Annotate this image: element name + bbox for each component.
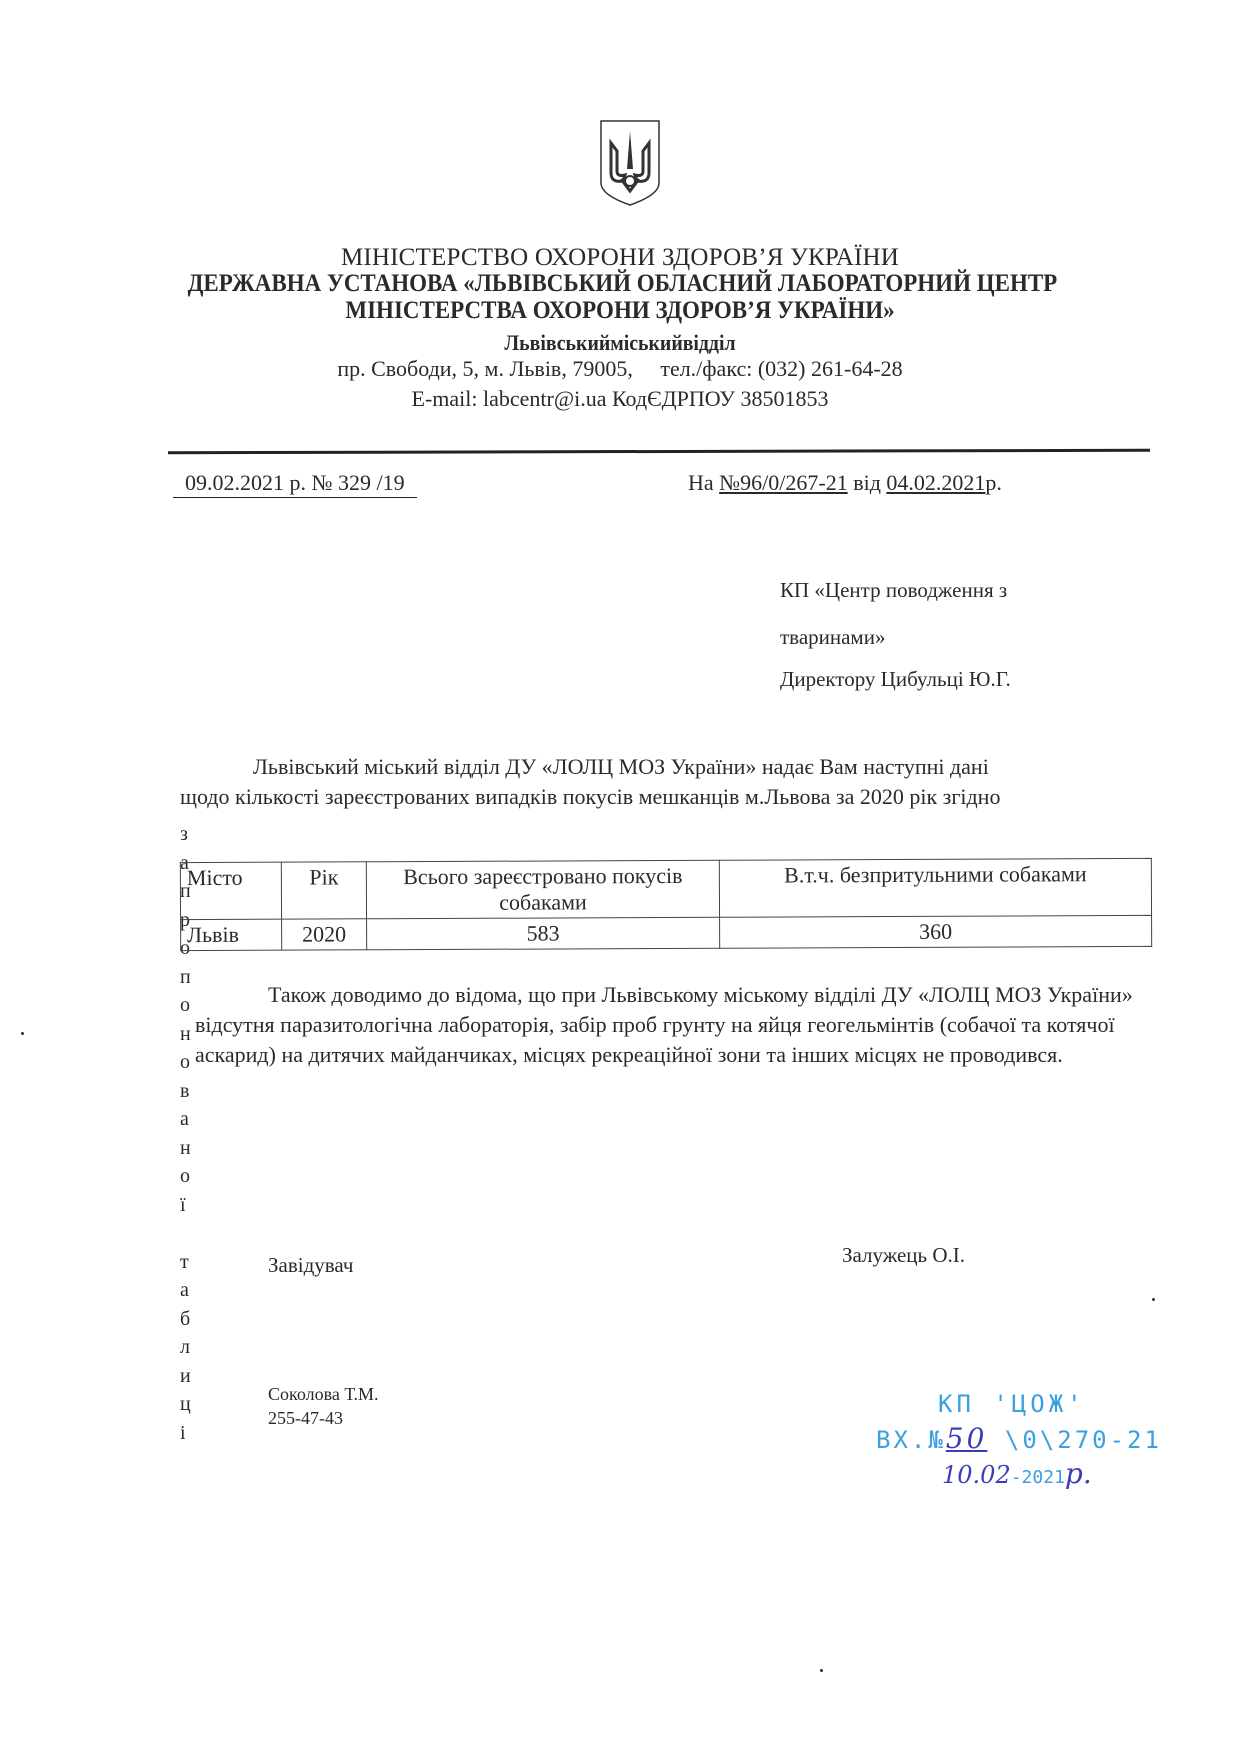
cell-total: 583 (367, 917, 720, 950)
signatory-name: Залужець О.І. (842, 1243, 965, 1268)
vertical-letter: л (180, 1333, 194, 1362)
ministry-title: МІНІСТЕРСТВО ОХОРОНИ ЗДОРОВ’Я УКРАЇНИ (150, 244, 1090, 272)
header-year: Рік (281, 862, 366, 919)
addressee-line1: КП «Центр поводження з (780, 578, 1007, 603)
vertical-letter: ї (180, 1191, 194, 1220)
email-line: E-mail: labcentr@i.ua КодЄДРПОУ 38501853 (150, 386, 1090, 412)
vertical-letter: и (180, 1362, 194, 1391)
incoming-stamp: КП 'ЦОЖ' ВХ.№50 \0\270-21 10.02-2021р. (876, 1390, 1176, 1490)
institution-title-line1: ДЕРЖАВНА УСТАНОВА «ЛЬВІВСЬКИЙ ОБЛАСНИЙ Л… (188, 270, 1053, 298)
vertical-letter: о (180, 1162, 194, 1191)
header-total: Всього зареєстровано покусів собаками (366, 860, 719, 919)
stamp-date: 10.02-2021р. (942, 1457, 1176, 1490)
stamp-number: ВХ.№50 \0\270-21 (876, 1422, 1176, 1455)
vertical-letter (180, 1219, 194, 1248)
vertical-letter: ц (180, 1390, 194, 1419)
addressee-line2: тваринами» (780, 625, 885, 650)
table-row: Львів 2020 583 360 (181, 915, 1152, 950)
signatory-title: Завідувач (268, 1253, 353, 1278)
ukraine-trident-emblem-icon (597, 117, 663, 209)
vertical-letter: в (180, 1077, 194, 1106)
reply-number: №96/0/267-21 (719, 470, 848, 495)
vertical-letter: о (180, 1048, 194, 1077)
cell-year: 2020 (282, 919, 367, 950)
reply-reference: На №96/0/267-21 від 04.02.2021р. (688, 470, 1002, 496)
scan-speck (820, 1669, 823, 1672)
vertical-letter: а (180, 1105, 194, 1134)
vertical-letter: о (180, 991, 194, 1020)
address-line: пр. Свободи, 5, м. Львів, 79005, тел./фа… (150, 356, 1090, 382)
executor-name: Соколова Т.М. (268, 1382, 379, 1406)
vertical-letter: н (180, 1020, 194, 1049)
vertical-letter: т (180, 1248, 194, 1277)
phone: тел./факс: (032) 261-64-28 (660, 356, 902, 381)
vertical-letter: і (180, 1419, 194, 1448)
institution-title-line2: МІНІСТЕРСТВА ОХОРОНИ ЗДОРОВ’Я УКРАЇНИ» (188, 297, 1053, 325)
executor-block: Соколова Т.М. 255-47-43 (268, 1382, 379, 1430)
reply-date: 04.02.2021 (886, 470, 985, 495)
info-paragraph: Також доводимо до відома, що при Львівсь… (195, 980, 1135, 1070)
cell-city: Львів (181, 919, 282, 950)
vertical-letter: п (180, 963, 194, 992)
header-divider (168, 449, 1150, 455)
header-stray: В.т.ч. безпритульними собаками (719, 858, 1151, 917)
scan-speck (1152, 1298, 1155, 1301)
vertical-letter: б (180, 1305, 194, 1334)
bites-table: Місто Рік Всього зареєстровано покусів с… (180, 858, 1152, 951)
address: пр. Свободи, 5, м. Львів, 79005, (337, 356, 632, 381)
executor-phone: 255-47-43 (268, 1406, 379, 1430)
department-title: Львівськийміськийвідділ (197, 330, 1043, 356)
header-city: Місто (180, 862, 281, 919)
stamp-org: КП 'ЦОЖ' (938, 1390, 1176, 1418)
vertical-letter: н (180, 1134, 194, 1163)
addressee-line3: Директору Цибульці Ю.Г. (780, 667, 1011, 692)
outgoing-number: 09.02.2021 р. № 329 /19 (173, 470, 417, 498)
scan-speck (21, 1032, 24, 1035)
vertical-letter: з (180, 820, 194, 849)
vertical-letter: а (180, 1276, 194, 1305)
cell-stray: 360 (720, 915, 1152, 948)
table-header-row: Місто Рік Всього зареєстровано покусів с… (180, 858, 1151, 919)
intro-paragraph: Львівський міський відділ ДУ «ЛОЛЦ МОЗ У… (180, 752, 1110, 812)
